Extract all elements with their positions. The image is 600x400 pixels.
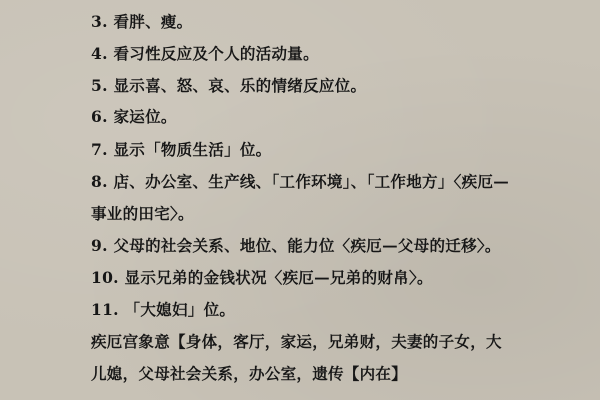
summary-line-1: 疾厄宫象意【身体，客厅，家运，兄弟财，夫妻的子女，大 [91, 332, 502, 352]
list-item-4: 4. 看习性反应及个人的活动量。 [91, 44, 319, 64]
list-item-7: 7. 显示「物质生活」位。 [91, 140, 271, 160]
list-item-11: 11. 「大媳妇」位。 [91, 300, 235, 320]
list-item-5: 5. 显示喜、怒、哀、乐的情绪反应位。 [91, 76, 366, 96]
list-item-10: 10. 显示兄弟的金钱状况〈疾厄—兄弟的财帛〉。 [91, 268, 433, 288]
list-item-8-continued: 事业的田宅〉。 [91, 204, 194, 224]
document-page: 3. 看胖、瘦。 4. 看习性反应及个人的活动量。 5. 显示喜、怒、哀、乐的情… [0, 0, 600, 400]
list-item-9: 9. 父母的社会关系、地位、能力位〈疾厄—父母的迁移〉。 [91, 236, 501, 256]
summary-line-2: 儿媳，父母社会关系，办公室，遗传【内在】 [91, 364, 407, 384]
list-item-8: 8. 店、办公室、生产线、「工作环境」、「工作地方」〈疾厄— [91, 172, 509, 192]
list-item-6: 6. 家运位。 [91, 107, 177, 127]
list-item-3: 3. 看胖、瘦。 [91, 12, 192, 32]
